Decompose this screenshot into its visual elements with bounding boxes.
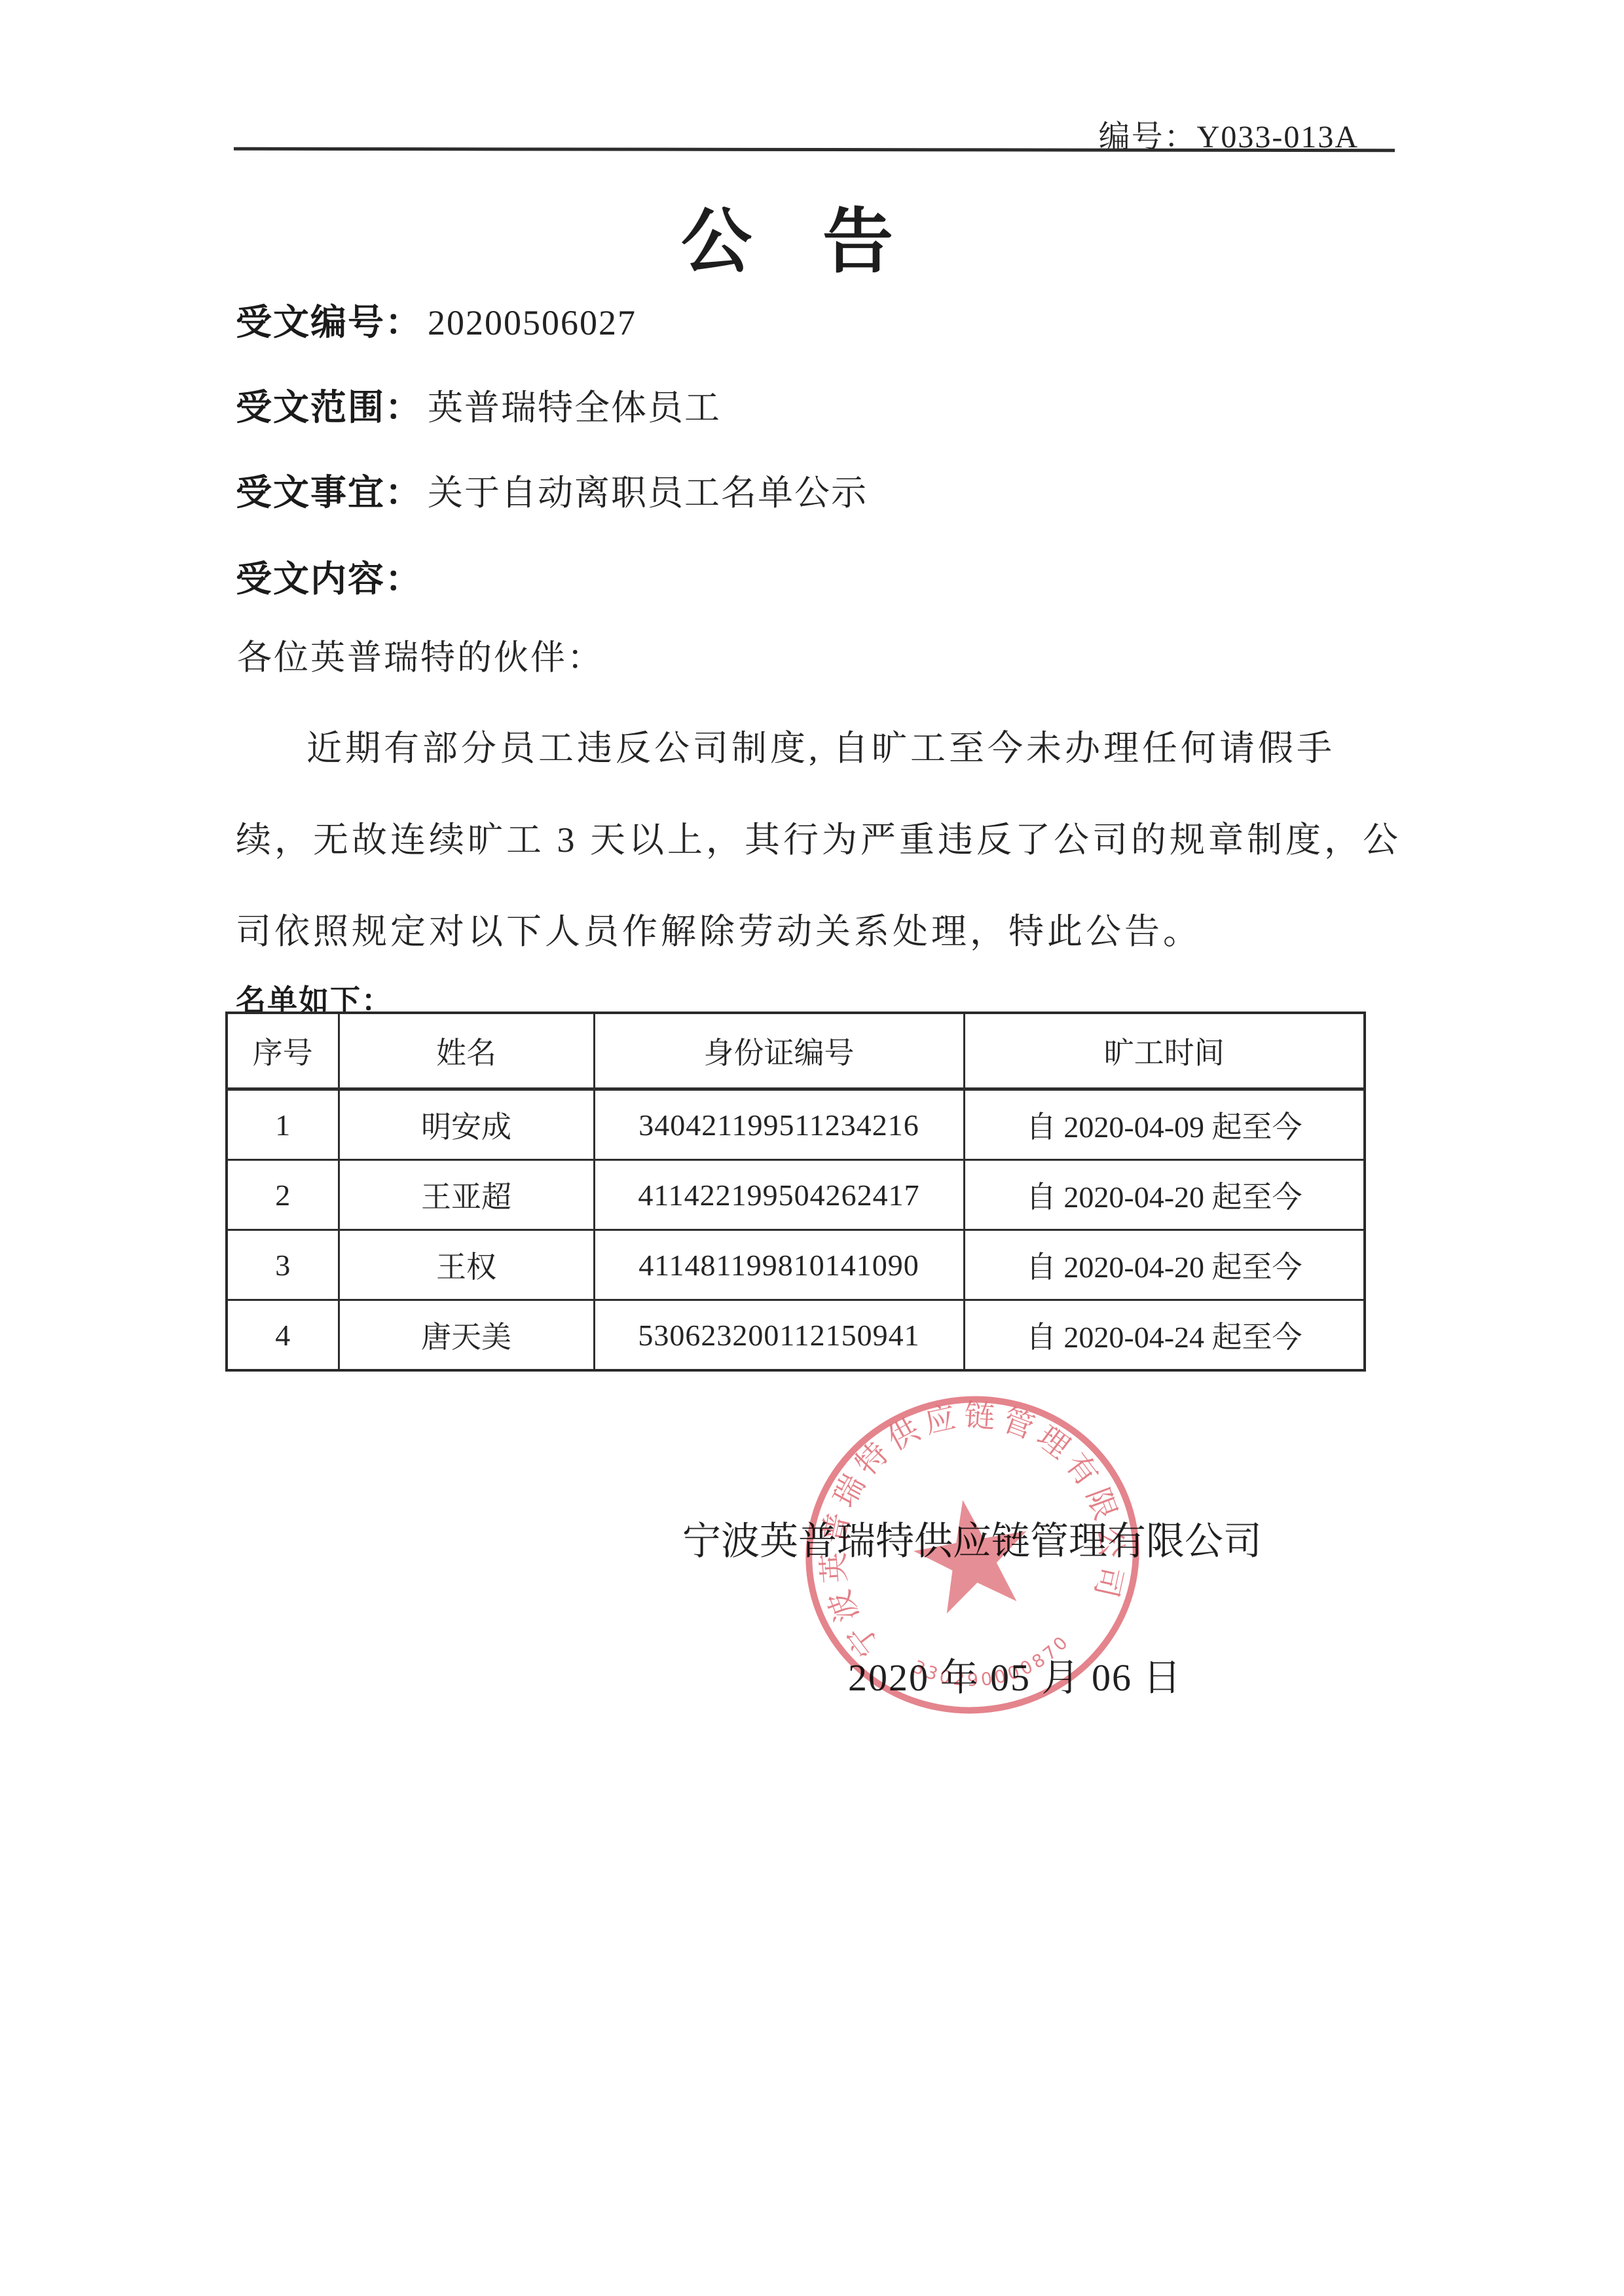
meta-label-doc-id: 受文编号： xyxy=(236,302,422,342)
cell-absence: 自 2020-04-20 起至今 xyxy=(964,1160,1365,1230)
cell-name: 明安成 xyxy=(339,1089,594,1160)
body-paragraph-line: 续，无故连续旷工 3 天以上，其行为严重违反了公司的规章制度，公 xyxy=(236,812,1401,862)
announcement-page: 编号：Y033-013A 公 告 受文编号：20200506027 受文范围：英… xyxy=(0,0,1624,2296)
meta-row-content: 受文内容： xyxy=(236,550,428,602)
cell-index: 2 xyxy=(227,1160,339,1230)
table-row: 2 王亚超 411422199504262417 自 2020-04-20 起至… xyxy=(227,1160,1365,1230)
col-header-absence: 旷工时间 xyxy=(964,1013,1365,1089)
cell-absence: 自 2020-04-09 起至今 xyxy=(964,1089,1365,1160)
meta-row-scope: 受文范围：英普瑞特全体员工 xyxy=(236,378,721,430)
table-row: 1 明安成 340421199511234216 自 2020-04-09 起至… xyxy=(227,1089,1365,1160)
header-rule xyxy=(234,147,1395,152)
col-header-index: 序号 xyxy=(227,1013,339,1089)
table-row: 3 王权 411481199810141090 自 2020-04-20 起至今 xyxy=(227,1230,1365,1300)
cell-id: 530623200112150941 xyxy=(594,1300,964,1371)
cell-absence: 自 2020-04-20 起至今 xyxy=(964,1230,1365,1300)
meta-label-content: 受文内容： xyxy=(236,558,422,599)
page-title: 公 告 xyxy=(0,185,1574,286)
col-header-id: 身份证编号 xyxy=(594,1013,964,1089)
meta-value-subject: 关于自动离职员工名单公示 xyxy=(428,473,868,513)
body-paragraph-line: 近期有部分员工违反公司制度, 自旷工至今未办理任何请假手 xyxy=(306,720,1335,771)
signoff-company: 宁波英普瑞特供应链管理有限公司 xyxy=(682,1510,1262,1565)
table-header-row: 序号 姓名 身份证编号 旷工时间 xyxy=(227,1013,1365,1089)
cell-absence: 自 2020-04-24 起至今 xyxy=(964,1300,1365,1371)
cell-id: 340421199511234216 xyxy=(594,1089,964,1160)
meta-value-scope: 英普瑞特全体员工 xyxy=(428,388,721,428)
cell-index: 4 xyxy=(227,1300,339,1371)
salutation: 各位英普瑞特的伙伴： xyxy=(237,630,604,680)
meta-label-subject: 受文事宜： xyxy=(236,472,422,513)
meta-value-doc-id: 20200506027 xyxy=(428,303,637,342)
cell-index: 1 xyxy=(227,1089,339,1160)
cell-id: 411481199810141090 xyxy=(594,1230,964,1300)
meta-label-scope: 受文范围： xyxy=(236,387,422,428)
body-paragraph-line: 司依照规定对以下人员作解除劳动关系处理，特此公告。 xyxy=(236,903,1202,954)
col-header-name: 姓名 xyxy=(339,1013,594,1089)
table-row: 4 唐天美 530623200112150941 自 2020-04-24 起至… xyxy=(227,1300,1365,1371)
meta-row-subject: 受文事宜：关于自动离职员工名单公示 xyxy=(236,464,868,515)
cell-id: 411422199504262417 xyxy=(594,1160,964,1230)
signoff-date: 2020 年 05 月 06 日 xyxy=(848,1647,1183,1702)
cell-name: 唐天美 xyxy=(339,1300,594,1371)
dismissal-roster-table: 序号 姓名 身份证编号 旷工时间 1 明安成 34042119951123421… xyxy=(225,1011,1366,1372)
cell-index: 3 xyxy=(227,1230,339,1300)
cell-name: 王亚超 xyxy=(339,1160,594,1230)
cell-name: 王权 xyxy=(339,1230,594,1300)
meta-row-doc-id: 受文编号：20200506027 xyxy=(236,293,637,345)
